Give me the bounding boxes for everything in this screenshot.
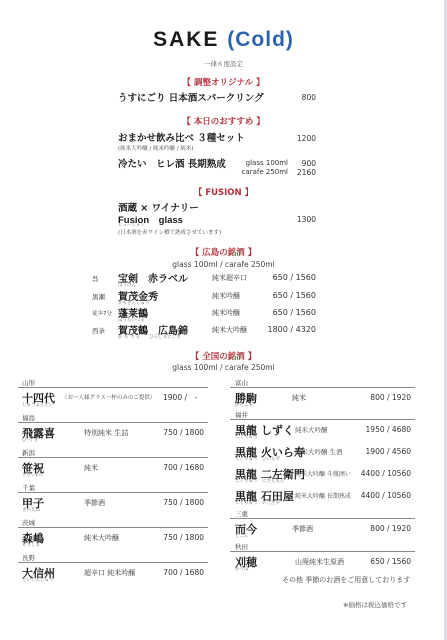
sake-type: （お一人様グラス一杯のみのご提供）: [62, 393, 155, 401]
prefecture-label: 千葉: [22, 483, 35, 492]
section-heading-recommend: 【 本日のおすすめ 】: [0, 115, 447, 127]
sake-price: 650 / 1560: [273, 291, 316, 300]
sake-type: 純米大吟醸: [84, 533, 119, 543]
prefecture-label: 茨城: [22, 518, 35, 527]
prefecture-label: 三重: [235, 509, 248, 518]
prefecture-label: 新潟: [22, 448, 35, 457]
price-carafe: 2160: [297, 168, 316, 177]
sake-type: 純米大吟醸 長期熟成: [295, 491, 351, 500]
sake-price: 700 / 1680: [163, 568, 204, 577]
sake-ruby: かちこま: [235, 402, 253, 408]
sake-type: 超辛口 純米吟醸: [84, 568, 135, 578]
tax-note: ※価格は税込価格です: [343, 600, 407, 609]
section-heading-original: 【 調整オリジナル 】: [0, 76, 447, 88]
sake-ruby: もりしま: [22, 542, 40, 548]
sake-ruby: かりほ: [235, 566, 249, 572]
section-heading-national: 【 全国の銘酒 】: [0, 350, 447, 362]
size-carafe: carafe 250ml: [242, 168, 288, 176]
sake-ruby: ささいわい: [22, 472, 45, 478]
subtitle: 一律６度設定: [0, 59, 447, 68]
sake-price: 1950 / 4680: [366, 425, 411, 434]
item-price: 800: [302, 93, 316, 102]
sake-type: 季節酒: [84, 498, 105, 508]
sake-ruby: こくりゅう ひいらず: [235, 456, 280, 462]
sake-ruby: か も つ る ひろしまにしき: [118, 334, 181, 340]
section-heading-hiroshima: 【 広島の銘酒 】: [0, 246, 447, 258]
sake-ruby: こくりゅう: [235, 434, 258, 440]
sake-price: 800 / 1920: [370, 393, 411, 402]
sake-price: 750 / 1800: [163, 533, 204, 542]
sake-price: 800 / 1920: [370, 524, 411, 533]
sake-type: 純米吟醸: [212, 291, 240, 301]
sake-price: 1900 / 4560: [366, 447, 411, 456]
sake-ruby: じこん: [235, 533, 249, 539]
sake-type: 山廃純米生原酒: [295, 557, 344, 567]
sake-type: 特別純米 生詰: [84, 428, 128, 438]
prefecture-label: 秋田: [235, 542, 248, 551]
sake-ruby: こくりゅう にざえもん: [235, 478, 285, 484]
sake-price: 1900 / -: [163, 392, 197, 403]
prefecture-label: 福井: [235, 410, 248, 419]
sake-ruby: じゅうよんだい: [22, 402, 54, 408]
sake-type: 季節酒: [292, 524, 313, 534]
national-footer-note: その他 季節のお酒をご用意しております: [282, 575, 410, 585]
item-name: うすにごり 日本酒スパークリング: [118, 90, 264, 104]
area-label: 呉: [92, 274, 99, 283]
page-title: SAKE (Cold): [0, 28, 447, 52]
sake-type: 純米: [292, 393, 306, 403]
prefecture-label: 富山: [235, 378, 248, 387]
title-main: SAKE: [153, 28, 219, 51]
item-name: おまかせ飲み比べ ３種セット: [118, 130, 245, 144]
sake-price: 700 / 1680: [163, 463, 204, 472]
area-label: 黒瀬: [92, 292, 105, 301]
sake-type: 純米大吟醸 斗瓶囲い: [295, 469, 351, 478]
sake-price: 750 / 1800: [163, 498, 204, 507]
sake-type: 純米超辛口: [212, 273, 247, 283]
sake-price: 1800 / 4320: [268, 325, 317, 334]
fusion-note: (日本酒を赤ワイン樽で熟成させています): [118, 228, 221, 236]
hiroshima-sizes: glass 100ml / carafe 250ml: [0, 260, 447, 269]
price-glass: 900: [302, 159, 316, 168]
sake-ruby: こくりゅう いしだや: [235, 500, 280, 506]
sake-type: 純米大吟醸: [295, 425, 328, 434]
area-label: 徒歩7分: [92, 309, 112, 317]
sake-ruby: ひ ろ き: [22, 437, 38, 443]
sake-price: 4400 / 10560: [361, 469, 411, 478]
sake-type: 純米: [84, 463, 98, 473]
area-label: 西条: [92, 326, 105, 335]
prefecture-label: 山形: [22, 378, 35, 387]
prefecture-label: 福島: [22, 413, 35, 422]
prefecture-label: 長野: [22, 553, 35, 562]
sake-type: 純米吟醸: [212, 308, 240, 318]
sake-price: 650 / 1560: [370, 557, 411, 566]
sake-type: 純米大吟醸 生酒: [295, 447, 343, 456]
sake-price: 750 / 1800: [163, 428, 204, 437]
sake-ruby: きのえね: [22, 507, 40, 513]
fusion-price: 1300: [297, 215, 316, 224]
sake-type: 純米大吟醸: [212, 325, 247, 335]
sake-price: 650 / 1560: [273, 308, 316, 317]
section-heading-fusion: 【 FUSION 】: [0, 186, 447, 198]
sake-price: 4400 / 10560: [361, 491, 411, 500]
sake-ruby: だいしんしゅう: [22, 577, 54, 583]
item-note: (純米大吟醸 / 純米吟醸 / 純米): [118, 144, 194, 152]
title-accent: (Cold): [227, 28, 294, 51]
item-price: 1200: [297, 134, 316, 143]
sake-price: 650 / 1560: [273, 273, 316, 282]
national-sizes: glass 100ml / carafe 250ml: [0, 363, 447, 372]
item-name: 冷たい ヒレ酒 長期熟成: [118, 156, 226, 170]
size-glass: glass 100ml: [246, 159, 288, 167]
